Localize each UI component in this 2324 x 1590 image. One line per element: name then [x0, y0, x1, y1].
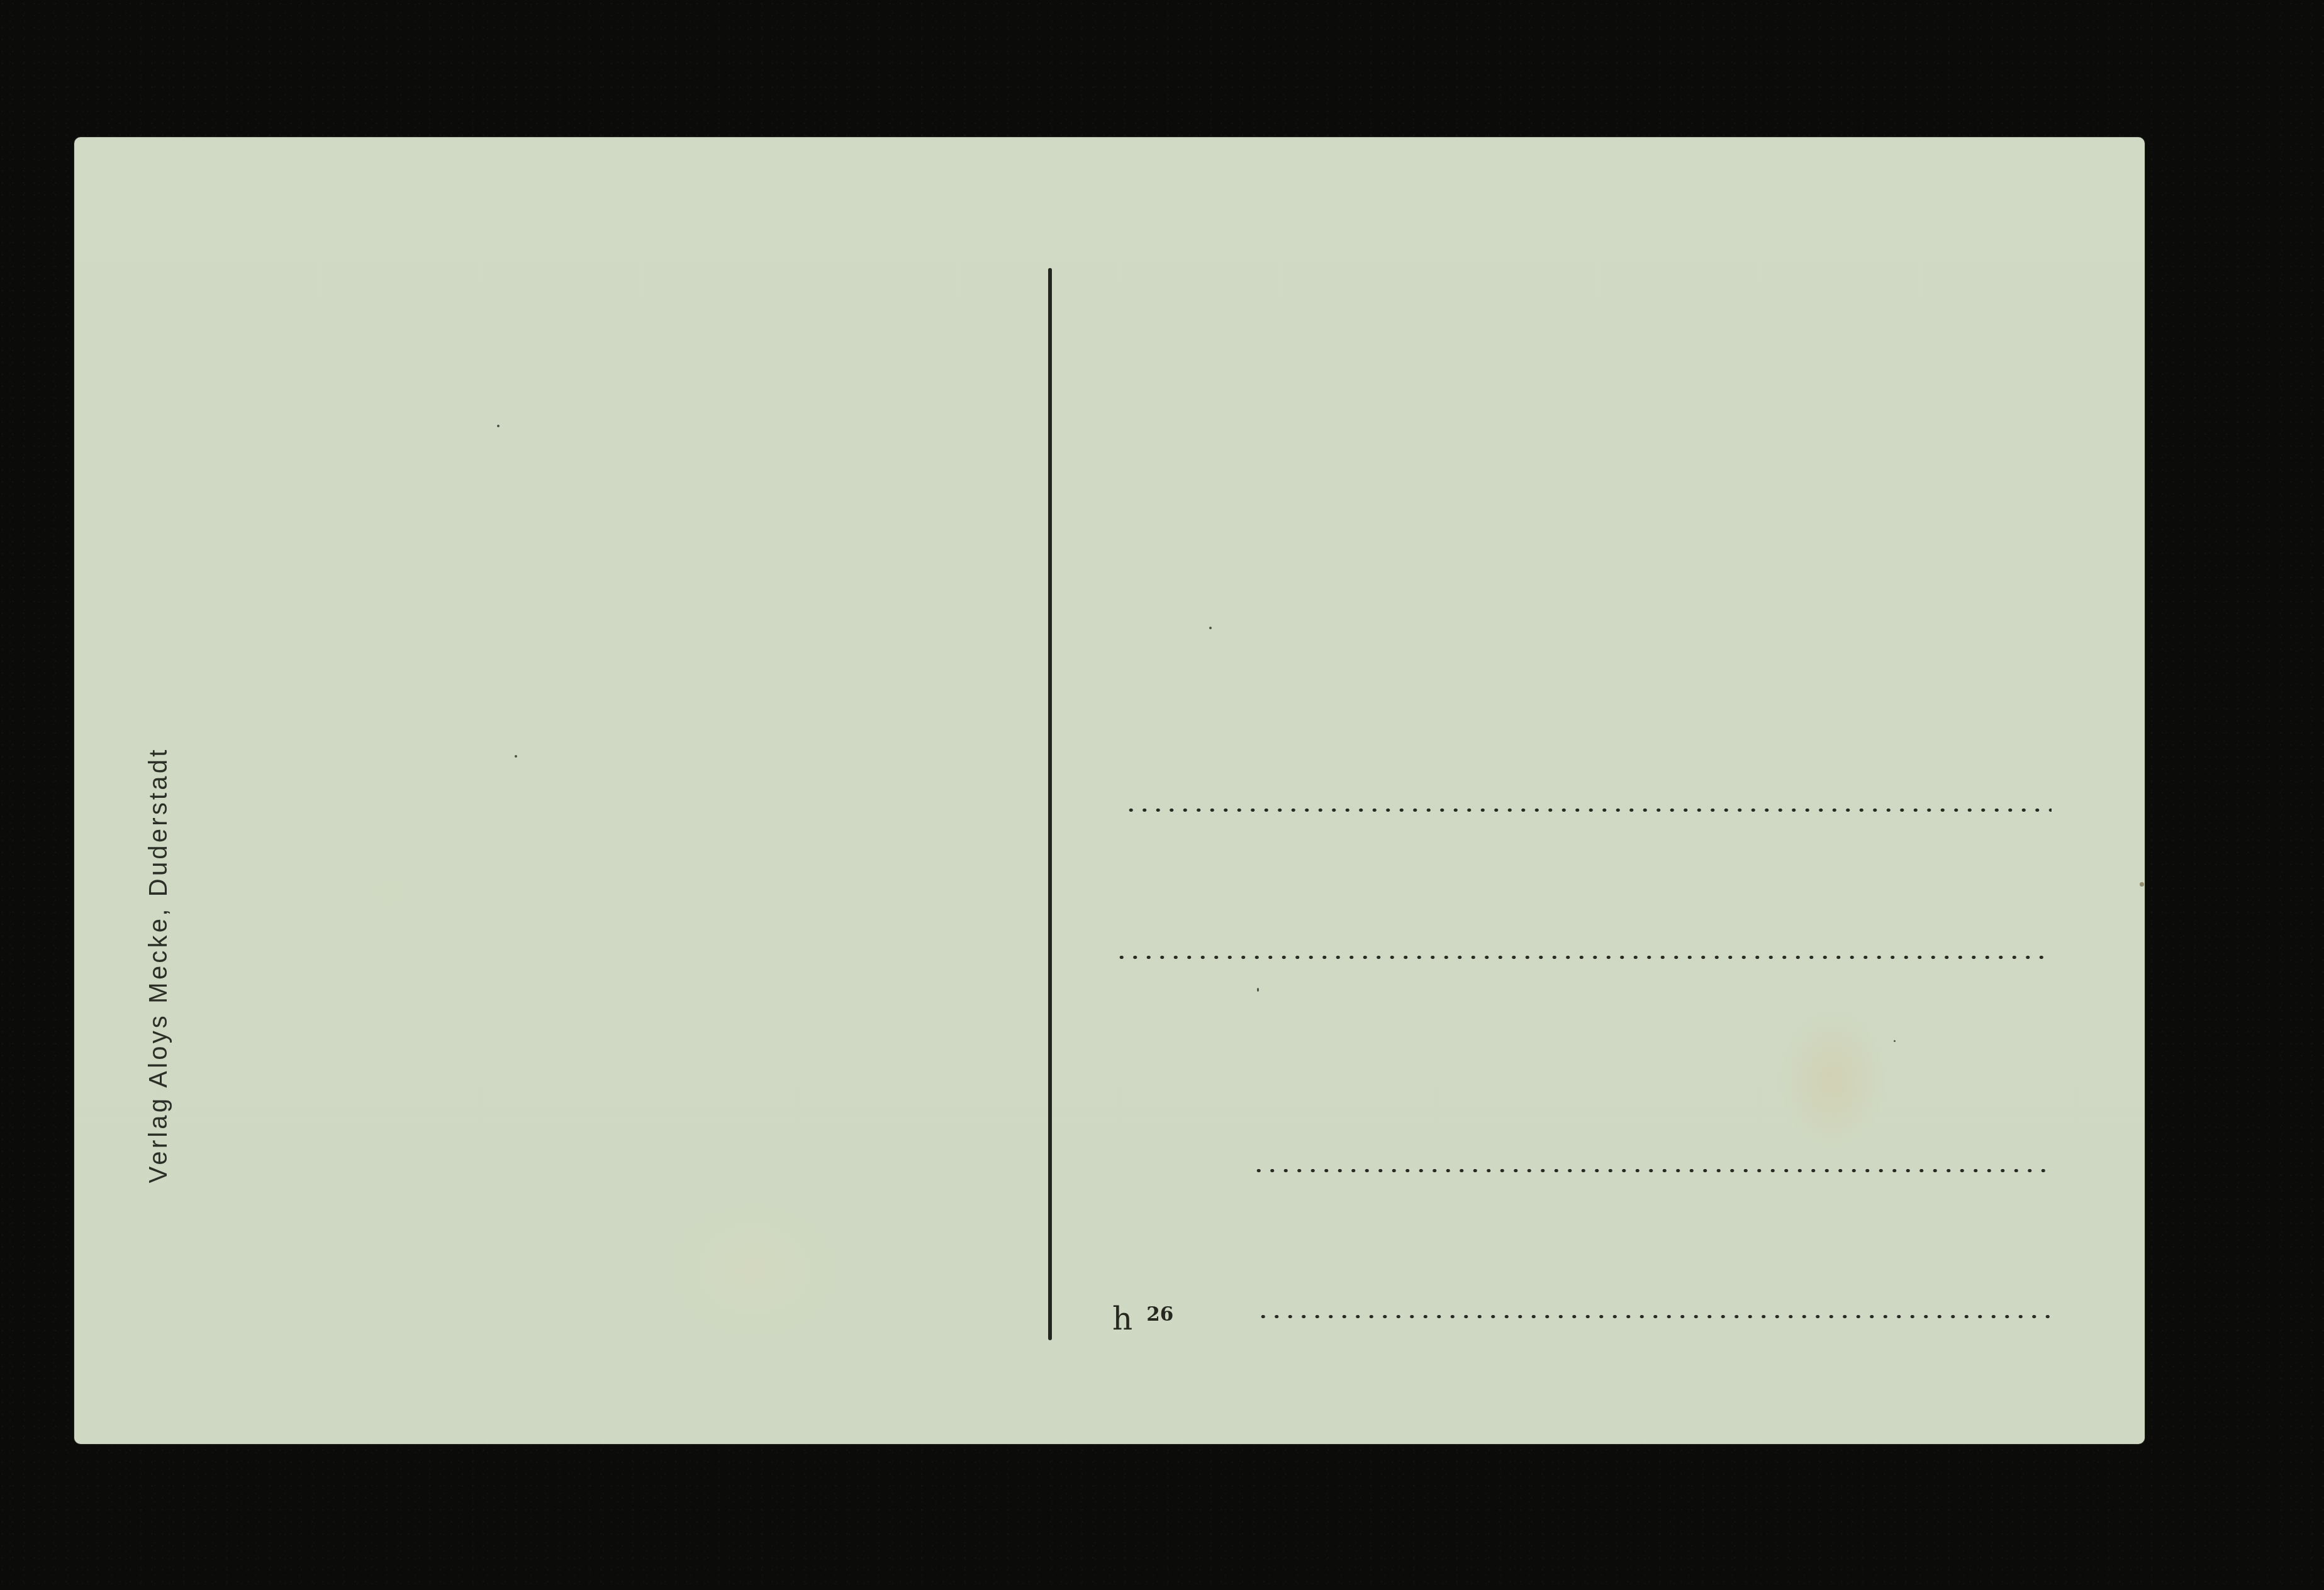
address-line-2	[1115, 955, 2045, 960]
print-code-number: 26	[1146, 1303, 1173, 1326]
print-code: h26	[1112, 1303, 1173, 1335]
address-line-4	[1256, 1314, 2050, 1319]
print-code-letter: h	[1112, 1301, 1132, 1337]
address-line-1	[1124, 808, 2052, 812]
publisher-imprint: Verlag Aloys Mecke, Duderstadt	[148, 729, 169, 1202]
address-line-3	[1252, 1168, 2047, 1173]
postcard: Verlag Aloys Mecke, Duderstadt h26	[74, 137, 2145, 1444]
paper-speck	[1257, 988, 1259, 992]
paper-speck	[515, 755, 517, 758]
paper-speck	[1894, 1040, 1896, 1042]
paper-speck	[497, 425, 500, 427]
publisher-text: Verlag Aloys Mecke, Duderstadt	[146, 747, 171, 1184]
center-divider-line	[1048, 268, 1052, 1340]
paper-speck	[1209, 627, 1212, 629]
paper-speck	[2140, 882, 2144, 887]
